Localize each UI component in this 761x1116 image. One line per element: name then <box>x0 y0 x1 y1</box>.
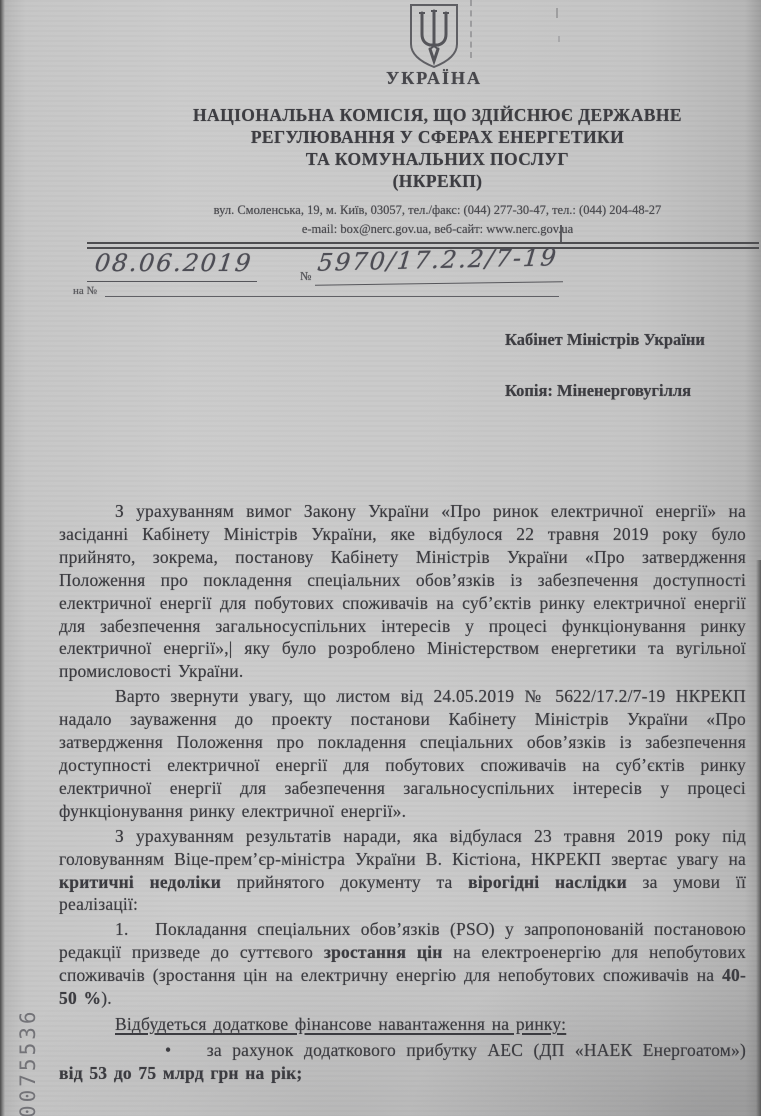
paragraph-5-heading: Відбудеться додаткове фінансове навантаж… <box>59 1013 746 1036</box>
org-title-line: РЕГУЛЮВАННЯ У СФЕРАХ ЕНЕРГЕТИКИ <box>115 126 760 148</box>
text-segment: зростання цін <box>324 942 443 962</box>
letter-body: З урахуванням вимог Закону України «Про … <box>59 500 746 1087</box>
addressee-copy: Копія: Міненерговугілля <box>505 381 705 401</box>
reply-number-line <box>105 296 559 297</box>
number-sign-label: № <box>300 269 311 284</box>
scan-left-edge <box>0 0 5 1116</box>
handwritten-date: 08.06.2019 <box>93 249 254 277</box>
address-line: e-mail: box@nerc.gov.ua, веб-сайт: www.n… <box>115 220 760 239</box>
org-title-line: ТА КОМУНАЛЬНИХ ПОСЛУГ <box>115 148 760 170</box>
tryzub-coat-of-arms-icon <box>406 3 462 71</box>
text-segment: прийнятого документу та <box>221 872 468 892</box>
text-segment: З урахуванням вимог Закону України «Про … <box>59 501 746 681</box>
registration-stamp-number: 0075536 <box>16 976 40 1116</box>
paragraph-6-bullet: • за рахунок додаткового прибутку АЕС (Д… <box>59 1039 746 1085</box>
text-segment: • за рахунок додаткового прибутку АЕС (Д… <box>165 1040 746 1060</box>
scan-artifact-dashed-line <box>470 0 472 58</box>
org-title-line: НАЦІОНАЛЬНА КОМІСІЯ, ЩО ЗДІЙСНЮЄ ДЕРЖАВН… <box>115 104 760 126</box>
paragraph-2: Варто звернути увагу, що листом від 24.0… <box>59 685 746 822</box>
organization-title: НАЦІОНАЛЬНА КОМІСІЯ, ЩО ЗДІЙСНЮЄ ДЕРЖАВН… <box>115 104 760 192</box>
text-segment: Відбудеться додаткове фінансове навантаж… <box>115 1014 566 1034</box>
text-segment: З урахуванням результатів наради, яка ві… <box>59 826 746 869</box>
addressee-block: Кабінет Міністрів України Копія: Міненер… <box>505 330 705 401</box>
address-line: вул. Смоленська, 19, м. Київ, 03057, тел… <box>115 201 760 220</box>
paragraph-1: З урахуванням вимог Закону України «Про … <box>59 500 746 683</box>
text-segment: вірогідні наслідки <box>468 872 627 892</box>
scan-artifact <box>558 36 560 42</box>
scan-artifact <box>556 8 558 18</box>
scan-right-edge <box>756 560 761 1116</box>
text-segment: ). <box>101 988 112 1008</box>
text-segment: критичні недоліки <box>59 872 221 892</box>
scanned-letter-page: УКРАЇНА НАЦІОНАЛЬНА КОМІСІЯ, ЩО ЗДІЙСНЮЄ… <box>0 0 761 1116</box>
letterhead-address: вул. Смоленська, 19, м. Київ, 03057, тел… <box>115 201 760 239</box>
paragraph-3: З урахуванням результатів наради, яка ві… <box>59 825 746 917</box>
text-segment: від 53 до 75 млрд грн на рік; <box>59 1063 302 1083</box>
number-underline <box>315 281 563 285</box>
text-segment: Варто звернути увагу, що листом від 24.0… <box>59 686 746 821</box>
handwritten-outgoing-number: 5970/17.2.2/7-19 <box>316 243 559 276</box>
date-underline <box>87 281 257 282</box>
reply-to-number-label: на № <box>73 285 97 297</box>
country-name: УКРАЇНА <box>334 68 534 89</box>
addressee-to: Кабінет Міністрів України <box>505 330 705 350</box>
org-title-line: (НКРЕКП) <box>115 170 760 192</box>
paragraph-4-item-1: 1. Покладання спеціальних обов’язків (PS… <box>59 918 746 1010</box>
